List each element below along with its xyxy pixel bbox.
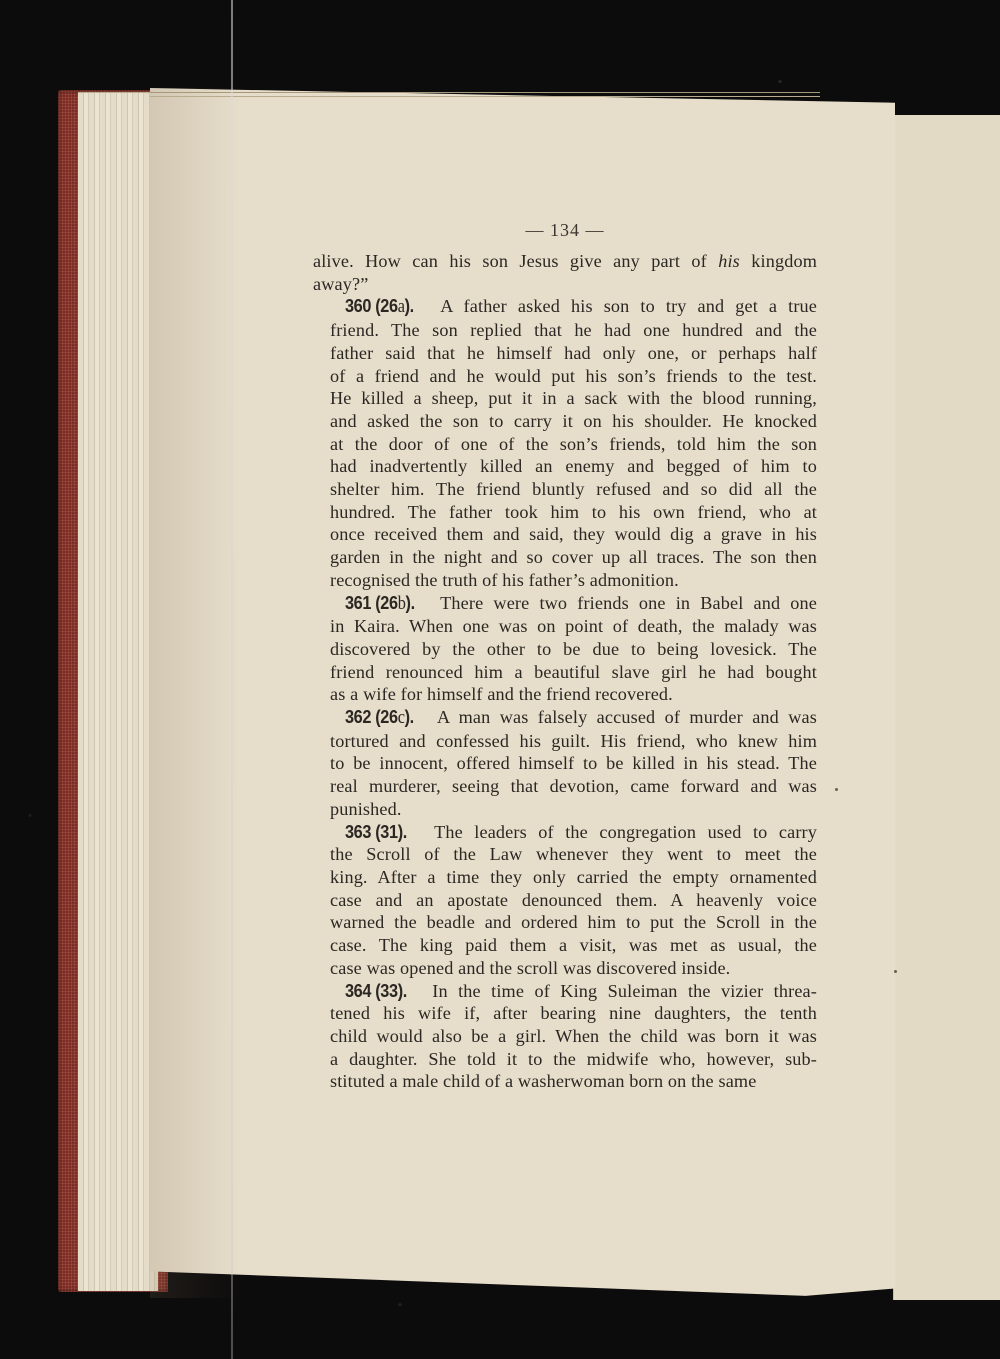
text-line: 360 (26a). A father asked his son to try… [313,295,817,319]
text-line: alive. How can his son Jesus give any pa… [313,250,817,273]
cable-line [231,0,233,1359]
page-text-block: — 134 — alive. How can his son Jesus giv… [313,216,817,1093]
entry-sub-letter: a [398,297,405,317]
text-line: and asked the son to carry it on his sho… [313,410,817,433]
text-line: in Kaira. When one was on point of death… [313,615,817,638]
entry-number: 363 (31). [330,821,407,844]
text-line: had inadvertently killed an enemy and be… [313,455,817,478]
page-top-rule [150,92,820,97]
text-line: punished. [313,798,817,821]
text-line: discovered by the other to be due to bei… [313,638,817,661]
gutter-shadow [150,88,240,1298]
text-line: shelter him. The friend bluntly refused … [313,478,817,501]
text-line: to be innocent, offered himself to be ki… [313,752,817,775]
page-edges-stack [78,92,158,1291]
text-line: recognised the truth of his father’s adm… [313,569,817,592]
text-line: king. After a time they only carried the… [313,866,817,889]
text-line: tortured and confessed his guilt. His fr… [313,730,817,753]
entry-paragraph: 364 (33). In the time of King Suleiman t… [313,980,817,1094]
text-line: tened his wife if, after bearing nine da… [313,1002,817,1025]
text-line: at the door of one of the son’s friends,… [313,433,817,456]
entry-sub-letter: b [398,594,406,614]
text-line: away?” [313,273,817,296]
text-line: stituted a male child of a washerwoman b… [313,1070,817,1093]
text-line: hundred. The father took him to his own … [313,501,817,524]
page-number: — 134 — [313,216,817,244]
paper-speck [835,788,838,791]
text-line: friend renounced him a beautiful slave g… [313,661,817,684]
text-line: 361 (26b). There were two friends one in… [313,592,817,616]
text-line: case was opened and the scroll was disco… [313,957,817,980]
text-line: father said that he himself had only one… [313,342,817,365]
text-line: 363 (31). The leaders of the congregatio… [313,821,817,844]
text-line: warned the beadle and ordered him to put… [313,911,817,934]
entry-paragraph: 360 (26a). A father asked his son to try… [313,295,817,591]
paper-speck [894,970,897,973]
text-line: child would also be a girl. When the chi… [313,1025,817,1048]
paragraphs-container: alive. How can his son Jesus give any pa… [313,250,817,1093]
text-line: real murderer, seeing that devotion, cam… [313,775,817,798]
continuation-paragraph: alive. How can his son Jesus give any pa… [313,250,817,295]
entry-paragraph: 361 (26b). There were two friends one in… [313,592,817,707]
text-line: the Scroll of the Law whenever they went… [313,843,817,866]
text-line: as a wife for himself and the friend rec… [313,683,817,706]
entry-paragraph: 362 (26c). A man was falsely accused of … [313,706,817,821]
entry-paragraph: 363 (31). The leaders of the congregatio… [313,821,817,980]
text-line: 364 (33). In the time of King Suleiman t… [313,980,817,1003]
text-line: case and an apostate denounced them. A h… [313,889,817,912]
text-line: case. The king paid them a visit, was me… [313,934,817,957]
entry-number: 360 (26a). [330,295,414,319]
text-line: a daughter. She told it to the midwife w… [313,1048,817,1071]
text-line: 362 (26c). A man was falsely accused of … [313,706,817,730]
text-line: He killed a sheep, put it in a sack with… [313,387,817,410]
entry-sub-letter: c [398,708,405,728]
text-line: garden in the night and so cover up all … [313,546,817,569]
entry-number: 364 (33). [330,980,407,1003]
text-line: once received them and said, they would … [313,523,817,546]
text-line: of a friend and he would put his son’s f… [313,365,817,388]
entry-number: 361 (26b). [330,592,415,616]
text-line: friend. The son replied that he had one … [313,319,817,342]
entry-number: 362 (26c). [330,706,414,730]
facing-page-edge [893,115,1000,1300]
italic-word: his [718,251,740,271]
